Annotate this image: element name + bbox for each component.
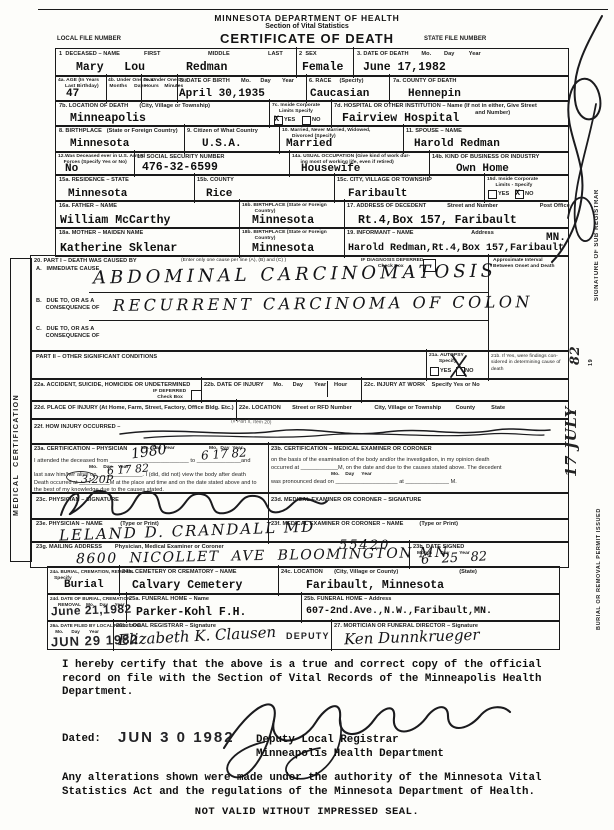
father-name-value: William McCarthy <box>60 214 170 227</box>
dept-subtitle: Section of Vital Statistics <box>0 23 614 30</box>
divider <box>403 124 404 154</box>
strike-scribble <box>116 423 556 443</box>
divider <box>344 226 345 258</box>
date-of-death-label: 3. DATE OF DEATH Mo. Day Year <box>357 51 481 58</box>
autopsy-x-mark <box>449 353 469 379</box>
citizen-label: 9. Citizen of What Country <box>187 128 258 135</box>
alterations-statement: Any alterations shown were made under th… <box>62 772 541 799</box>
yes-checkbox <box>488 190 497 199</box>
decedent-address-value: Rt.4,Box 157, Faribault <box>358 214 517 227</box>
corporate-limits-label: 7c. Inside Corporate Limits Specify <box>272 103 320 116</box>
mortician-signature: Ken Dunnkrueger <box>344 626 480 649</box>
part1-label: 20. PART I – DEATH WAS CAUSED BY <box>34 258 137 265</box>
state-file-label: STATE FILE NUMBER <box>424 36 486 44</box>
row-mother-informant: 18a. MOTHER – MAIDEN NAME Katherine Skle… <box>55 227 569 257</box>
residence-county-value: Rice <box>206 188 232 200</box>
middle-label: MIDDLE <box>208 51 230 58</box>
date-signed-value: 6 25 82 <box>421 549 488 567</box>
funeral-home-address-label: 25b. FUNERAL HOME – Address <box>304 596 391 603</box>
no-label: NO <box>312 117 321 124</box>
physician-cert-label: 23a. CERTIFICATION – PHYSICIAN <box>34 446 127 453</box>
me-cert-line1: on the basis of the examination of the b… <box>271 457 489 464</box>
industry-label: 14b. KIND OF BUSINESS OR INDUSTRY <box>432 154 539 161</box>
certificate-title: CERTIFICATE OF DEATH <box>0 31 614 46</box>
dated-stamp: JUN 3 0 1982 <box>118 729 235 746</box>
divider <box>279 124 280 154</box>
divider <box>331 99 332 128</box>
injury-at-work-label: 22c. INJURY AT WORK Specify Yes or No <box>364 382 480 389</box>
how-injury-label: 22f. HOW INJURY OCCURRED – <box>34 424 120 431</box>
due-to-c-label: C. DUE TO, OR AS A CONSEQUENCE OF <box>36 326 99 341</box>
divider <box>334 173 335 203</box>
row-birthplace-spouse: 8. BIRTHPLACE (State or Foreign Country)… <box>55 125 569 153</box>
no-checkbox <box>302 116 311 125</box>
part1-instruction: (Enter only one cause per line (A), (B) … <box>181 258 286 264</box>
findings-label: 21b. If Yes, were findings con- sidered … <box>491 354 561 373</box>
divider <box>184 124 185 154</box>
father-name-label: 16a. FATHER – NAME <box>59 203 117 210</box>
mother-name-label: 18a. MOTHER – MAIDEN NAME <box>59 230 143 237</box>
permit-year-label: 19 <box>588 352 594 372</box>
deputy-registrar-title: Deputy Local Registrar <box>256 734 399 746</box>
sex-value: Female <box>302 61 343 74</box>
burial-permit-label: BURIAL OR REMOVAL PERMIT ISSUED <box>596 488 602 650</box>
injury-location-label: 22e. LOCATION Street or RFD Number City,… <box>239 405 505 412</box>
burial-location-label: 24c. LOCATION (City, Village or County) … <box>281 569 477 576</box>
race-value: Caucasian <box>310 88 369 100</box>
permit-year-value: 82 <box>568 336 583 374</box>
cemetery-value: Calvary Cemetery <box>132 579 242 592</box>
location-of-death-value: Minneapolis <box>70 112 146 125</box>
informant-value: Harold Redman,Rt.4,Box 157,Faribault <box>348 243 564 254</box>
row-printed-names: 23e. PHYSICIAN – NAME (Type or Print) LE… <box>30 518 569 543</box>
mother-name-value: Katherine Sklenar <box>60 242 177 255</box>
birthplace-label: 8. BIRTHPLACE (State or Foreign Country) <box>59 128 178 135</box>
row-age-birth: 4a. AGE (In Years Last Birthday) 47 4b. … <box>55 75 569 102</box>
funeral-home-address-value: 607-2nd.Ave.,N.W.,Faribault,MN. <box>306 606 492 617</box>
row-cause-of-death: 20. PART I – DEATH WAS CAUSED BY (Enter … <box>30 255 569 352</box>
divider <box>194 173 195 203</box>
seal-notice: NOT VALID WITHOUT IMPRESSED SEAL. <box>0 806 614 818</box>
residence-state-value: Minnesota <box>68 188 127 200</box>
me-signature-label: 23d. MEDICAL EXAMINER OR CORONER – SIGNA… <box>271 497 421 504</box>
mother-birthplace-value: Minnesota <box>252 242 314 255</box>
row-manner-of-death: 22a. ACCIDENT, SUICIDE, HOMICIDE OR UNDE… <box>30 378 569 402</box>
spouse-label: 11. SPOUSE – NAME <box>406 128 462 135</box>
divider <box>278 565 279 596</box>
residence-city-label: 15c. CITY, VILLAGE OR TOWNSHIP <box>337 177 432 184</box>
divider <box>429 150 430 177</box>
row-location-of-death: 7b. LOCATION OF DEATH (City, Village or … <box>55 100 569 127</box>
row-part2-autopsy: PART II – OTHER SIGNIFICANT CONDITIONS 2… <box>30 350 569 380</box>
divider <box>353 47 354 78</box>
immediate-cause-label: A. IMMEDIATE CAUSE <box>36 266 99 273</box>
row-registrar: 26a. DATE FILED BY LOCAL REGISTRAR Mo. D… <box>47 620 560 650</box>
residence-state-label: 15a. RESIDENCE – STATE <box>59 177 129 184</box>
residence-county-label: 15b. COUNTY <box>197 177 234 184</box>
dept-title: MINNESOTA DEPARTMENT OF HEALTH <box>0 13 614 23</box>
divider <box>488 349 489 381</box>
divider <box>289 150 290 177</box>
burial-date-stamp: June 21,1982 <box>51 602 132 619</box>
first-label: FIRST <box>144 51 160 58</box>
divider <box>106 74 107 103</box>
death-certificate-page: MINNESOTA DEPARTMENT OF HEALTH Section o… <box>0 0 614 830</box>
row-mailing-address: 23g. MAILING ADDRESS Physician, Medical … <box>30 541 569 568</box>
place-of-injury-label: 22d. PLACE OF INJURY (At Home, Farm, Str… <box>34 405 234 412</box>
top-rule <box>38 9 608 10</box>
deputy-stamp: DEPUTY <box>286 631 330 641</box>
decedent-address-label: 17. ADDRESS OF DECEDENT Street and Numbe… <box>347 203 570 210</box>
spouse-value: Harold Redman <box>414 138 500 150</box>
divider <box>389 74 390 103</box>
sub-registrar-signature <box>542 12 614 268</box>
residence-city-value: Faribault <box>348 188 407 200</box>
divider <box>306 74 307 103</box>
row-burial: 24a. BURIAL, CREMATION, REMOVAL Specify … <box>47 566 560 595</box>
divider <box>327 381 328 397</box>
residence-limits-label: 15d. Inside Corporate Limits - Specify <box>487 177 538 190</box>
row-how-injury-occurred: 22f. HOW INJURY OCCURRED – (If Part II, … <box>30 418 569 445</box>
marital-status-value: Married <box>286 138 332 150</box>
date-of-birth-label: 5. DATE OF BIRTH Mo. Day Year <box>180 78 294 85</box>
immediate-cause-value: ABDOMINAL CARCINOMATOSIS <box>93 260 497 288</box>
row-father-address: 16a. FATHER – NAME William McCarthy 16b.… <box>55 200 569 229</box>
divider <box>484 173 485 203</box>
autopsy-yes-checkbox <box>430 367 439 376</box>
sub-registrar-label: SIGNATURE OF SUB REGISTRAR <box>594 150 600 340</box>
row-funeral-home: 24d. DATE OF BURIAL, CREMATION REMOVAL M… <box>47 593 560 622</box>
divider <box>239 226 240 258</box>
last-label: LAST <box>268 51 283 58</box>
sex-label: 2 SEX <box>299 51 317 58</box>
yes-label: YES <box>284 117 295 124</box>
divider <box>269 99 270 128</box>
due-to-b-label: B. DUE TO, OR AS A CONSEQUENCE OF <box>36 298 99 313</box>
funeral-home-value: Parker-Kohl F.H. <box>136 606 246 619</box>
part2-label: PART II – OTHER SIGNIFICANT CONDITIONS <box>36 354 157 361</box>
no-label: NO <box>525 191 534 198</box>
hospital-value: Fairview Hospital <box>342 112 459 125</box>
due-to-b-value: RECURRENT CARCINOMA OF COLON <box>113 292 533 315</box>
county-of-death-value: Hennepin <box>408 88 461 100</box>
row-residence: 15a. RESIDENCE – STATE Minnesota 15b. CO… <box>55 174 569 202</box>
no-checkbox-mark: X <box>515 188 520 198</box>
burial-type-value: Burial <box>64 579 104 591</box>
cemetery-label: 24b. CEMETERY OR CREMATORY – NAME <box>122 569 237 576</box>
row-ssn-occupation: 12.Was Deceased ever in U.S. Armed Force… <box>55 151 569 176</box>
divider <box>296 47 297 78</box>
father-birthplace-value: Minnesota <box>252 214 314 227</box>
yes-checkbox-mark: X <box>274 114 279 124</box>
date-of-birth-value: April 30,1935 <box>179 88 265 100</box>
race-label: 6. RACE (Specify) <box>309 78 364 85</box>
zip-value: 55420 <box>339 538 390 553</box>
row-signatures: 23c. PHYSICIAN – SIGNATURE 23d. MEDICAL … <box>30 492 569 520</box>
me-cert-line2: occurred at ____________M, on the date a… <box>271 465 502 472</box>
divider <box>426 349 427 381</box>
divider <box>331 619 332 651</box>
informant-label: 19. INFORMANT – NAME Address <box>347 230 494 237</box>
deceased-last-name-value: Redman <box>186 61 227 74</box>
dated-label: Dated: <box>62 733 101 745</box>
funeral-home-label: 25a. FUNERAL HOME – Name <box>129 596 209 603</box>
hour-label: Hour <box>334 382 347 389</box>
date-of-injury-label: 22b. DATE OF INJURY Mo. Day Year <box>204 382 326 389</box>
row-place-of-injury: 22d. PLACE OF INJURY (At Home, Farm, Str… <box>30 400 569 420</box>
cause-b-line <box>89 320 488 321</box>
me-cert-label: 23b. CERTIFICATION – MEDICAL EXAMINER OR… <box>271 446 432 453</box>
location-of-death-label: 7b. LOCATION OF DEATH (City, Village or … <box>59 103 210 110</box>
permit-date-value: 17 JULY <box>562 378 580 506</box>
yes-label: YES <box>498 191 509 198</box>
county-of-death-label: 7a. COUNTY OF DEATH <box>393 78 457 85</box>
medical-certification-label: MEDICAL CERTIFICATION <box>13 355 20 555</box>
deceased-name-label: 1 DECEASED – NAME <box>59 51 120 58</box>
divider <box>301 592 302 623</box>
row-deceased: 1 DECEASED – NAME FIRST MIDDLE LAST Mary… <box>55 48 569 77</box>
birthplace-value: Minnesota <box>70 138 129 150</box>
age-value: 47 <box>66 88 79 100</box>
me-name-label: 23f. MEDICAL EXAMINER OR CORONER – NAME … <box>271 521 458 528</box>
ssn-value: 476-32-6599 <box>142 161 218 174</box>
date-of-death-value: June 17,1982 <box>363 61 446 74</box>
mdy-label: Mo. Day Year <box>331 472 372 478</box>
burial-location-value: Faribault, Minnesota <box>306 579 444 592</box>
deceased-first-name-value: Mary Lou <box>76 61 145 74</box>
health-department-name: Minneapolis Health Department <box>256 748 444 760</box>
citizen-value: U.S.A. <box>202 138 242 150</box>
mother-birthplace-label: 18b. BIRTHPLACE (State or Foreign Countr… <box>242 230 327 243</box>
